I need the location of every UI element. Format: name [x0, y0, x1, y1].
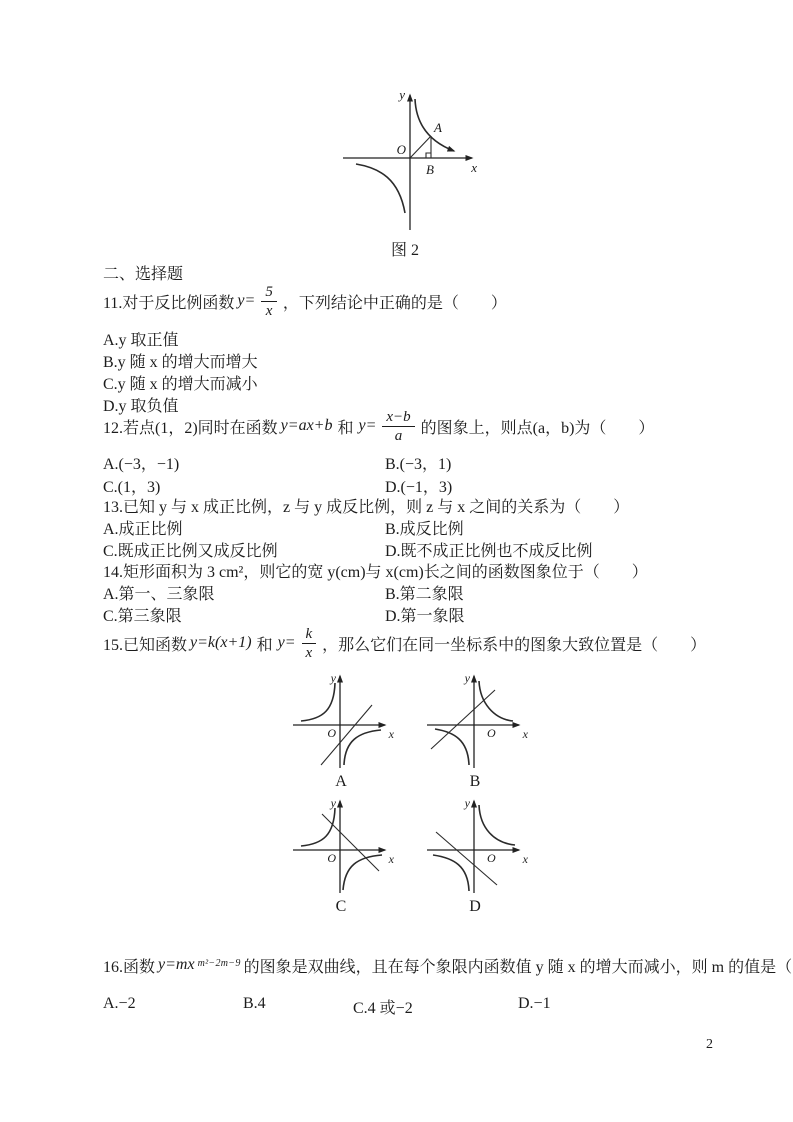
q12-option-b: B.(−3，1) [385, 451, 451, 474]
graph-b-y-label: y [464, 671, 471, 685]
q15-text-mid: 和 [257, 632, 273, 655]
graph-d-y-label: y [464, 796, 471, 810]
hyperbola-branch-q2 [301, 683, 335, 721]
figure2-origin-label: O [397, 142, 407, 157]
figure2-x-label: x [470, 160, 477, 175]
q11-formula-lead: y= [237, 292, 255, 310]
q12-formula-lead: y= [358, 417, 376, 435]
graph-a-y-label: y [330, 671, 337, 685]
graph-b-label: B [419, 773, 531, 791]
graph-c-x-label: x [388, 852, 395, 866]
q15-formula-linear: y=k(x+1) [190, 634, 252, 652]
q11-option-a: A.y 取正值 [103, 327, 179, 350]
q15-formula-lead: y= [278, 634, 296, 652]
q12-formula-linear: y=ax+b [281, 417, 333, 435]
function-line [431, 690, 495, 749]
graph-b-origin-label: O [487, 726, 496, 740]
q13-option-a: A.成正比例 [103, 516, 183, 539]
q15-graph-option-c: y x O C [285, 793, 397, 916]
q11-option-c: C.y 随 x 的增大而减小 [103, 371, 258, 394]
q15-text-pre: 15.已知函数 [103, 632, 187, 655]
question-13: 13.已知 y 与 x 成正比例，z 与 y 成反比例，则 z 与 x 之间的关… [103, 494, 629, 517]
q16-text-post: 的图象是双曲线，且在每个象限内函数值 y 随 x 的增大而减小，则 m 的值是（… [244, 954, 793, 977]
hyperbola-branch-q3 [433, 855, 469, 891]
q14-option-a: A.第一、三象限 [103, 581, 215, 604]
q11-option-b: B.y 随 x 的增大而增大 [103, 349, 258, 372]
figure2-caption: 图 2 [330, 237, 480, 260]
q15-fraction-denominator: x [304, 644, 315, 662]
question-12: 12.若点(1，2)同时在函数 y=ax+b 和 y= x−b a 的图象上，则… [103, 403, 654, 449]
q16-formula-exponent: m²−2m−9 [198, 958, 241, 969]
q16-option-b: B.4 [243, 995, 266, 1013]
q11-fraction-numerator: 5 [261, 283, 277, 302]
graph-d-x-label: x [522, 852, 529, 866]
figure2-graph: y x O A B [330, 85, 480, 235]
graph-d-label: D [419, 898, 531, 916]
q15-graph-option-a: y x O A [285, 668, 397, 791]
graph-c-y-label: y [330, 796, 337, 810]
hyperbola-branch-q4 [344, 730, 381, 765]
q12-fraction-denominator: a [393, 427, 405, 445]
q15-fraction-numerator: k [302, 625, 317, 644]
q11-text-post: ，下列结论中正确的是（ ） [283, 290, 507, 313]
question-11: 11.对于反比例函数 y= 5 x ，下列结论中正确的是（ ） [103, 279, 507, 323]
hyperbola-branch-q2 [301, 808, 335, 846]
q12-text-mid: 和 [337, 415, 353, 438]
q11-fraction: 5 x [261, 283, 277, 320]
q14-option-b: B.第二象限 [385, 581, 464, 604]
q16-text-pre: 16.函数 [103, 954, 155, 977]
graph-a-origin-label: O [327, 726, 336, 740]
graph-b-x-label: x [522, 727, 529, 741]
graph-c-origin-label: O [327, 851, 336, 865]
q16-option-a: A.−2 [103, 995, 136, 1013]
graph-c-label: C [285, 898, 397, 916]
q12-fraction-numerator: x−b [382, 408, 414, 427]
hyperbola-branch-q3 [435, 729, 469, 765]
q13-option-d: D.既不成正比例也不成反比例 [385, 538, 593, 561]
q15-fraction: k x [302, 625, 317, 662]
q15-graph-option-d: y O x D [419, 793, 531, 916]
q15-graph-option-b: y x O B [419, 668, 531, 791]
question-16: 16.函数 y=mx m²−2m−9 的图象是双曲线，且在每个象限内函数值 y … [103, 950, 793, 980]
graph-d-origin-label: O [487, 851, 496, 865]
q12-option-a: A.(−3，−1) [103, 451, 179, 474]
hyperbola-branch-q4 [343, 855, 382, 890]
q11-text-pre: 11.对于反比例函数 [103, 290, 234, 313]
hyperbola-branch-q3 [356, 164, 405, 213]
q12-fraction: x−b a [382, 408, 414, 445]
q16-formula-lead: y=mx [158, 956, 195, 974]
question-14: 14.矩形面积为 3 cm²，则它的宽 y(cm)与 x(cm)长之间的函数图象… [103, 559, 648, 582]
graph-a-label: A [285, 773, 397, 791]
q12-text-pre: 12.若点(1，2)同时在函数 [103, 415, 278, 438]
right-angle-mark [426, 153, 431, 158]
figure2-point-b-label: B [426, 162, 434, 177]
question-15: 15.已知函数 y=k(x+1) 和 y= k x ，那么它们在同一坐标系中的图… [103, 620, 706, 666]
graph-a-x-label: x [388, 727, 395, 741]
segment-oa [410, 136, 431, 158]
figure2-point-a-label: A [433, 120, 442, 135]
hyperbola-branch-q1 [479, 805, 515, 845]
q15-text-post: ，那么它们在同一坐标系中的图象大致位置是（ ） [322, 632, 706, 655]
q16-option-d: D.−1 [518, 995, 551, 1013]
worksheet-page: y x O A B 图 2 二、选择题 11.对于反比例函数 y= 5 x ，下… [0, 0, 793, 1122]
page-number: 2 [706, 1037, 713, 1053]
q12-text-post: 的图象上，则点(a，b)为（ ） [421, 415, 655, 438]
hyperbola-branch-q1 [479, 681, 513, 721]
q16-option-c: C.4 或−2 [353, 995, 413, 1018]
q11-fraction-denominator: x [264, 302, 275, 320]
figure2-y-label: y [397, 87, 405, 102]
q13-option-b: B.成反比例 [385, 516, 464, 539]
q13-option-c: C.既成正比例又成反比例 [103, 538, 278, 561]
